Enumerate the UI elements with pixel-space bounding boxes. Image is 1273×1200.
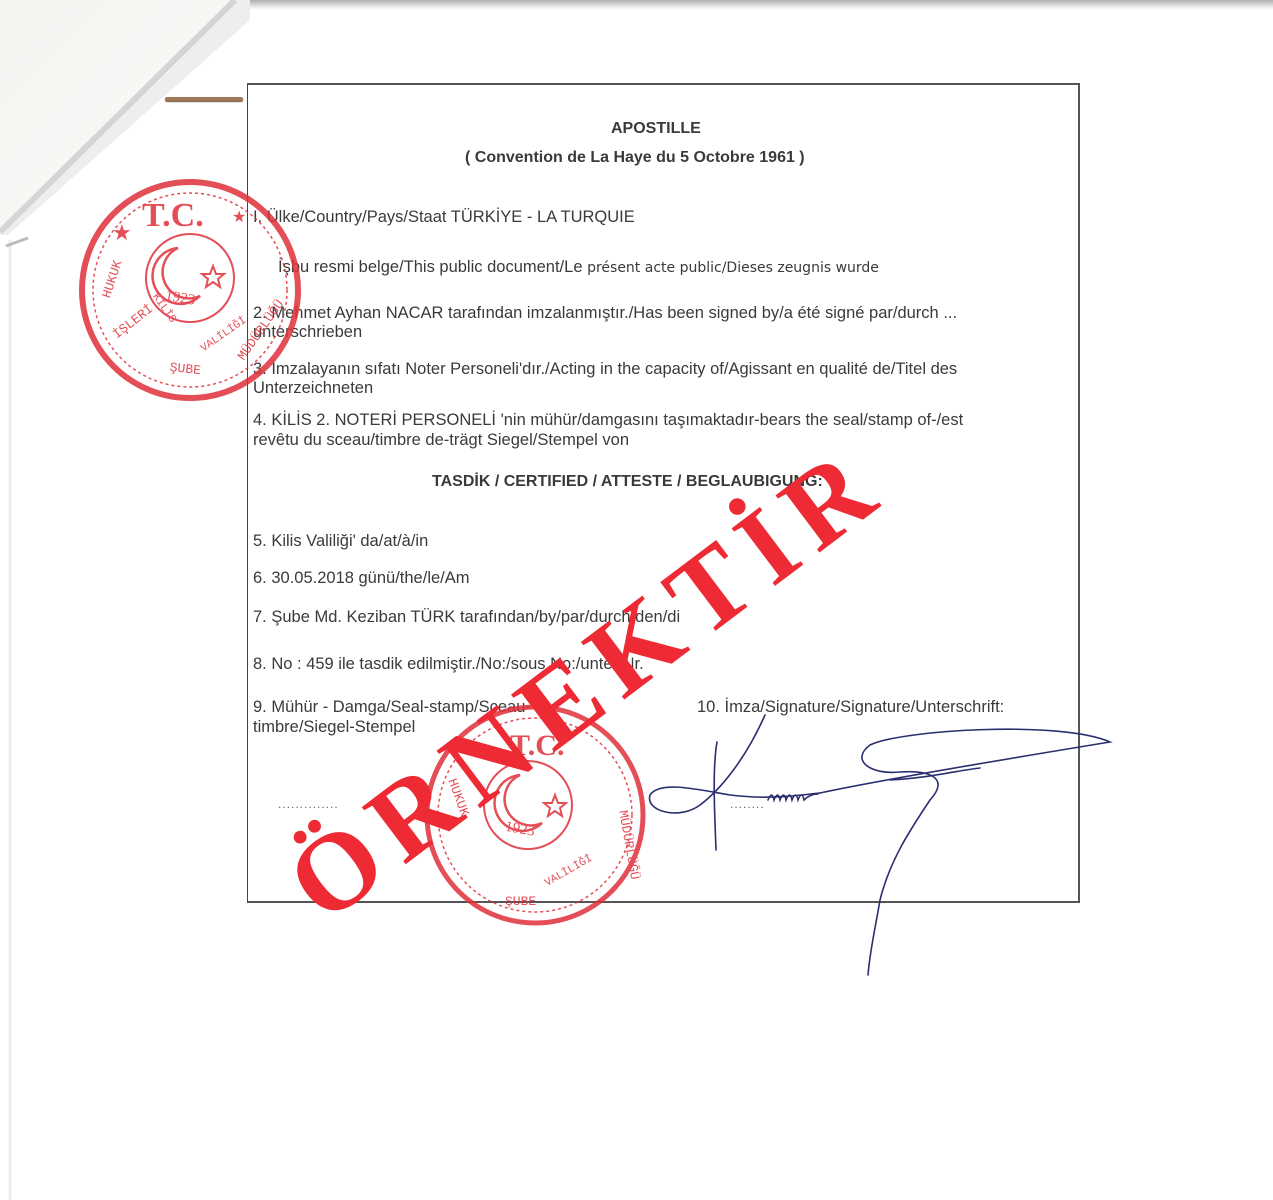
field-public-document-part1: İşbu resmi belge/This public document/Le xyxy=(278,258,587,276)
field-signature: 10. İmza/Signature/Signature/Unterschrif… xyxy=(697,698,1004,717)
field-seal-stamp-cont: timbre/Siegel-Stempel xyxy=(253,718,415,737)
field-place: 5. Kilis Valiliği' da/at/à/in xyxy=(253,532,428,551)
field-signed-by: 2. Mehmet Ayhan NACAR tarafından imzalan… xyxy=(253,304,957,323)
staple xyxy=(165,97,243,101)
signature-dotted-line: ........ xyxy=(730,797,765,811)
field-public-document-part2: présent acte public/Dieses zeugnis wurde xyxy=(587,260,879,276)
field-seal-of: 4. KİLİS 2. NOTERİ PERSONELİ 'nin mühür/… xyxy=(253,411,963,430)
document-title: APOSTILLE xyxy=(611,119,701,138)
scan-shadow xyxy=(250,0,1273,10)
field-public-document: İşbu resmi belge/This public document/Le… xyxy=(278,258,879,278)
document-subtitle: ( Convention de La Haye du 5 Octobre 196… xyxy=(465,148,805,167)
field-country: I. Ülke/Country/Pays/Staat TÜRKİYE - LA … xyxy=(253,208,635,227)
field-seal-of-cont: revêtu du sceau/timbre de-trägt Siegel/S… xyxy=(253,431,629,450)
field-capacity-cont: Unterzeichneten xyxy=(253,379,373,398)
field-capacity: 3. İmzalayanın sıfatı Noter Personeli'dı… xyxy=(253,360,957,379)
field-signed-by-cont: unterschrieben xyxy=(253,323,362,342)
field-date: 6. 30.05.2018 günü/the/le/Am xyxy=(253,569,470,588)
